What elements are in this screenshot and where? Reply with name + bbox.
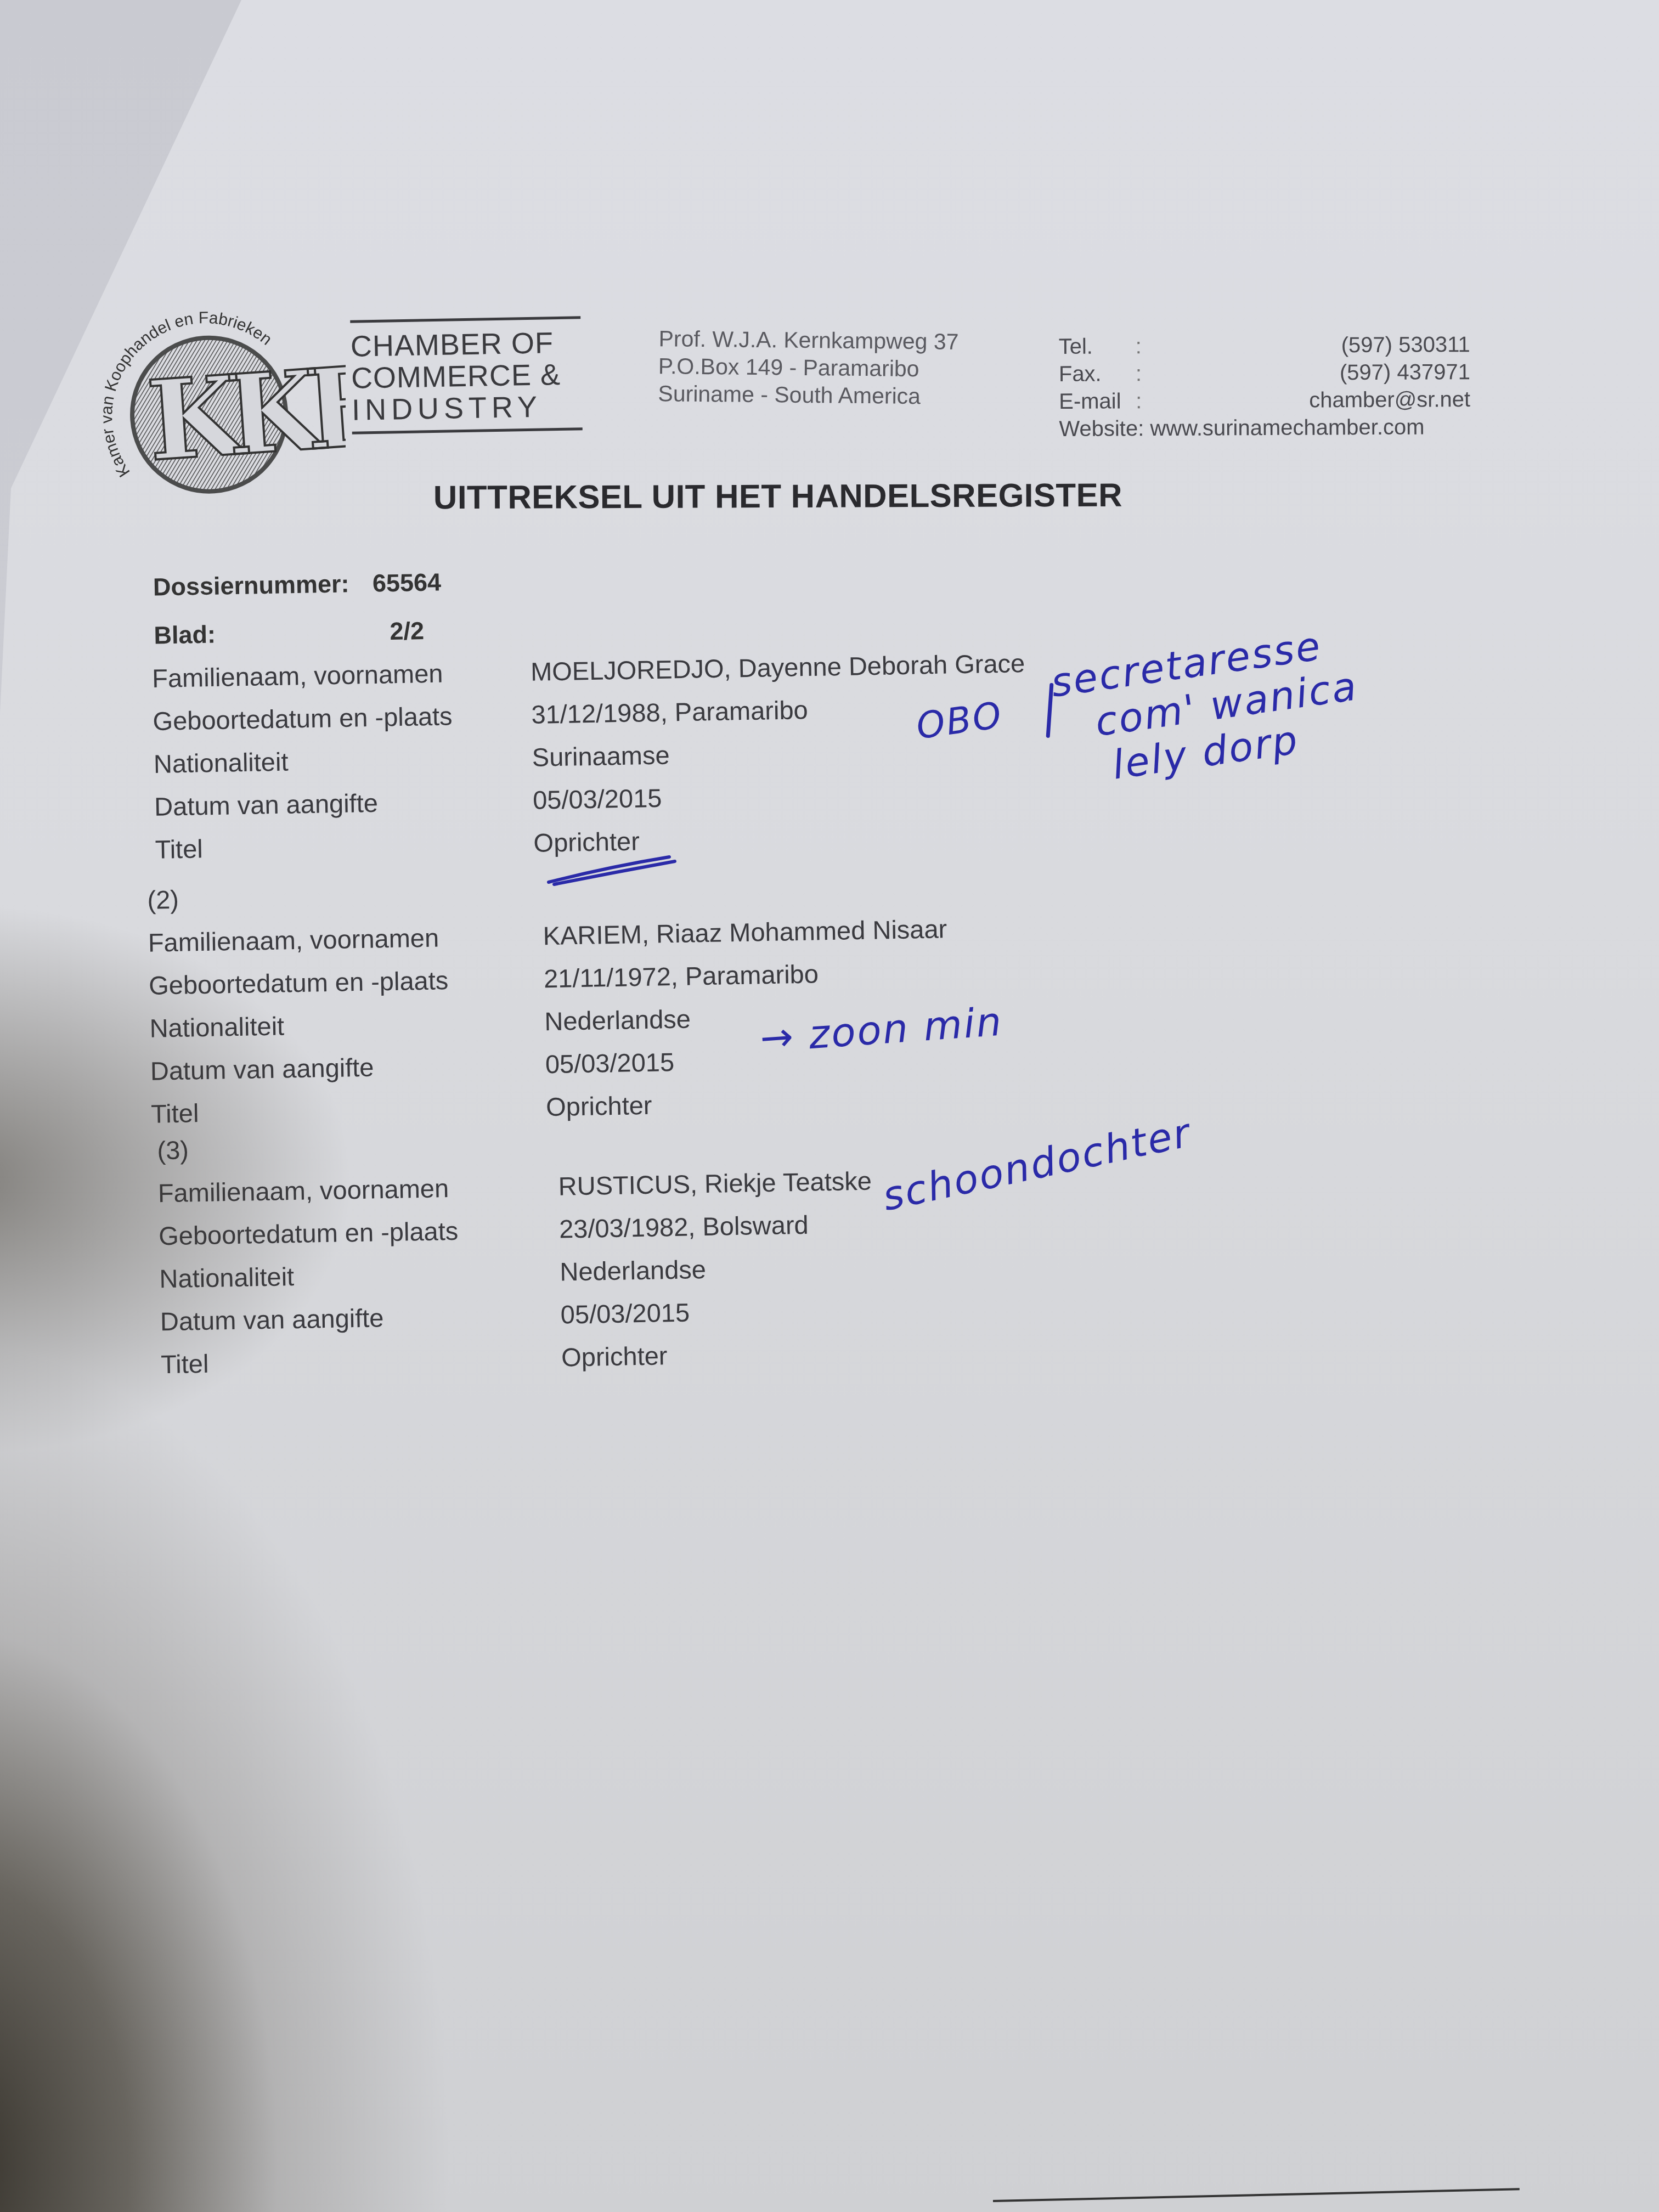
org-name: CHAMBER OF COMMERCE & INDUSTRY: [350, 316, 583, 434]
label-date-filed: Datum van aangifte: [160, 1300, 561, 1337]
value-date-filed: 05/03/2015: [545, 1047, 674, 1079]
person-record-2: (2) Familienaam, voornamenKARIEM, Riaaz …: [147, 871, 951, 1141]
person-record-3: (3) Familienaam, voornamenRUSTICUS, Riek…: [157, 1123, 875, 1392]
handwritten-underline: [543, 850, 686, 889]
dossier-value: 65564: [372, 568, 442, 617]
contact-block: Tel.: (597) 530311 Fax.: (597) 437971 E-…: [1058, 331, 1470, 443]
svg-text:KKF: KKF: [144, 341, 346, 486]
value-title: Oprichter: [546, 1090, 652, 1122]
dossier-meta: Dossiernummer: 65564 Blad: 2/2: [153, 568, 443, 669]
label-birth: Geboortedatum en -plaats: [153, 699, 532, 736]
value-birth: 21/11/1972, Paramaribo: [544, 958, 819, 994]
label-nationality: Nationaliteit: [159, 1257, 560, 1294]
label-title: Titel: [161, 1342, 562, 1380]
value-name: RUSTICUS, Riekje Teatske: [558, 1166, 872, 1201]
value-nationality: Surinaamse: [532, 740, 670, 772]
address-block: Prof. W.J.A. Kernkampweg 37 P.O.Box 149 …: [658, 325, 958, 410]
value-title: Oprichter: [561, 1340, 668, 1372]
contact-tel: Tel.: (597) 530311: [1058, 331, 1470, 360]
website: Website: www.surinamechamber.com: [1059, 413, 1470, 443]
label-date-filed: Datum van aangifte: [154, 785, 533, 822]
person-record-1: Familienaam, voornamenMOELJOREDJO, Dayen…: [152, 648, 1029, 877]
label-name: Familienaam, voornamen: [157, 1171, 558, 1209]
contact-email: E-mail: chamber@sr.net: [1059, 386, 1470, 415]
value-date-filed: 05/03/2015: [560, 1297, 690, 1329]
label-title: Titel: [155, 828, 534, 865]
label-nationality: Nationaliteit: [149, 1006, 545, 1043]
label-name: Familienaam, voornamen: [148, 921, 543, 958]
value-birth: 31/12/1988, Paramaribo: [531, 695, 808, 730]
label-date-filed: Datum van aangifte: [150, 1049, 545, 1086]
label-name: Familienaam, voornamen: [152, 657, 531, 693]
label-birth: Geboortedatum en -plaats: [159, 1214, 560, 1251]
label-nationality: Nationaliteit: [153, 742, 532, 779]
label-title: Titel: [151, 1092, 546, 1129]
contact-fax: Fax.: (597) 437971: [1059, 358, 1470, 388]
label-birth: Geboortedatum en -plaats: [149, 963, 544, 1001]
address-line: Suriname - South America: [658, 380, 958, 410]
dossier-label: Dossiernummer:: [153, 569, 373, 622]
value-birth: 23/03/1982, Bolsward: [559, 1210, 809, 1244]
kkf-seal-logo: KKF Kamer van Koophandel en Fabrieken: [82, 285, 346, 527]
value-nationality: Nederlandse: [560, 1254, 706, 1287]
org-name-line-3: INDUSTRY: [352, 390, 583, 426]
value-name: KARIEM, Riaaz Mohammed Nisaar: [543, 913, 947, 951]
document-title: UITTREKSEL UIT HET HANDELSREGISTER: [433, 476, 1122, 516]
value-nationality: Nederlandse: [544, 1003, 691, 1036]
address-line: Prof. W.J.A. Kernkampweg 37: [658, 325, 958, 356]
org-name-line-1: CHAMBER OF: [351, 326, 582, 362]
org-name-line-2: COMMERCE &: [351, 358, 582, 394]
address-line: P.O.Box 149 - Paramaribo: [658, 352, 958, 383]
value-date-filed: 05/03/2015: [533, 783, 662, 815]
